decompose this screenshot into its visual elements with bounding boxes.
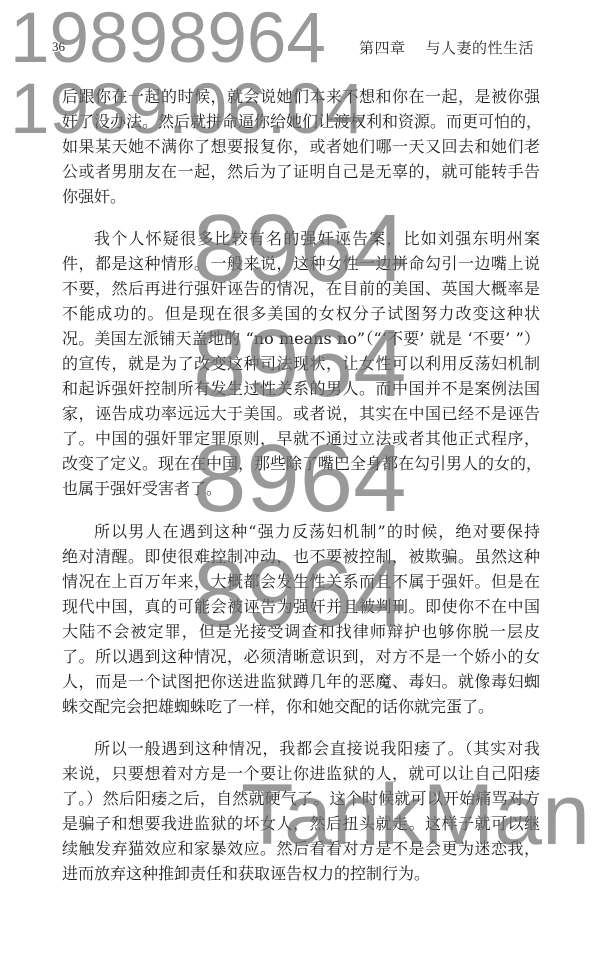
text-line: 的宣传，就是为了改变这种司法现状，让女性可以利用反荡妇机制 xyxy=(62,351,540,376)
text-line: 大陆不会被定罪，但是光接受调查和找律师辩护也够你脱一层皮 xyxy=(62,619,540,644)
text-line: 蛛交配完会把雄蜘蛛吃了一样，你和她交配的话你就完蛋了。 xyxy=(62,694,540,719)
text-line: 家，诬告成功率远远大于美国。或者说，其实在中国已经不是诬告 xyxy=(62,401,540,426)
text-line: 我个人怀疑很多比较有名的强奸诬告案，比如刘强东明州案 xyxy=(62,226,540,251)
paragraph-4: 所以一般遇到这种情况，我都会直接说我阳痿了。（其实对我 来说，只要想着对方是一个… xyxy=(62,736,540,886)
book-page: 36 第四章与人妻的性生活 后跟你在一起的时候，就会说她们本来不想和你在一起，是… xyxy=(0,0,600,960)
text-line: 是骗子和想要我进监狱的坏女人，然后扭头就走。这样子就可以继 xyxy=(62,811,540,836)
chapter-title: 与人妻的性生活 xyxy=(426,39,535,57)
text-line: 不要，然后再进行强奸诬告的情况，在目前的美国、英国大概率是 xyxy=(62,276,540,301)
text-line: 续触发弃猫效应和家暴效应。然后看看对方是不是会更为迷恋我， xyxy=(62,836,540,861)
text-line: 了。）然后阳痿之后，自然就硬气了。这个时候就可以开始痛骂对方 xyxy=(62,786,540,811)
text-line: 所以男人在遇到这种“强力反荡妇机制”的时候，绝对要保持 xyxy=(62,519,540,544)
text-line: 所以一般遇到这种情况，我都会直接说我阳痿了。（其实对我 xyxy=(62,736,540,761)
text-line: 了。中国的强奸罪定罪原则，早就不通过立法或者其他正式程序， xyxy=(62,426,540,451)
paragraph-1: 后跟你在一起的时候，就会说她们本来不想和你在一起，是被你强 奸了没办法。然后就拼… xyxy=(62,84,540,209)
text-line: 后跟你在一起的时候，就会说她们本来不想和你在一起，是被你强 xyxy=(62,84,540,109)
text-line: 如果某天她不满你了想要报复你，或者她们哪一天又回去和她们老 xyxy=(62,134,540,159)
text-line: 况。美国左派铺天盖地的 “no means no”（“‘不要’ 就是 ‘不要’ … xyxy=(62,326,540,351)
text-line: 不能成功的。但是现在很多美国的女权分子试图努力改变这种状 xyxy=(62,301,540,326)
text-line: 奸了没办法。然后就拼命逼你给她们让渡权利和资源。而更可怕的， xyxy=(62,109,540,134)
text-line: 和起诉强奸控制所有发生过性关系的男人。而中国并不是案例法国 xyxy=(62,376,540,401)
text-line: 也属于强奸受害者了。 xyxy=(62,476,540,501)
text-line: 了。所以遇到这种情况，必须清晰意识到，对方不是一个娇小的女 xyxy=(62,644,540,669)
text-line: 改变了定义。现在在中国，那些除了嘴巴全身都在勾引男人的女的， xyxy=(62,451,540,476)
paragraph-2: 我个人怀疑很多比较有名的强奸诬告案，比如刘强东明州案 件，都是这种情形。一般来说… xyxy=(62,226,540,501)
body-text: 后跟你在一起的时候，就会说她们本来不想和你在一起，是被你强 奸了没办法。然后就拼… xyxy=(62,84,540,887)
text-line: 来说，只要想着对方是一个要让你进监狱的人，就可以让自己阳痿 xyxy=(62,761,540,786)
text-line: 人，而是一个试图把你送进监狱蹲几年的恶魔、毒妇。就像毒妇蜘 xyxy=(62,669,540,694)
chapter-label: 第四章 xyxy=(359,39,406,57)
text-line: 公或者男朋友在一起，然后为了证明自己是无辜的，就可能转手告 xyxy=(62,159,540,184)
text-line: 进而放弃这种推卸责任和获取诬告权力的控制行为。 xyxy=(62,861,540,886)
text-line: 情况在上百万年来，大概都会发生性关系而且不属于强奸。但是在 xyxy=(62,569,540,594)
text-line: 件，都是这种情形。一般来说，这种女性一边拼命勾引一边嘴上说 xyxy=(62,251,540,276)
paragraph-3: 所以男人在遇到这种“强力反荡妇机制”的时候，绝对要保持 绝对清醒。即使很难控制冲… xyxy=(62,519,540,719)
running-header: 第四章与人妻的性生活 xyxy=(359,39,534,57)
text-line: 绝对清醒。即使很难控制冲动，也不要被控制，被欺骗。虽然这种 xyxy=(62,544,540,569)
text-line: 现代中国，真的可能会被诬告为强奸并且被判刑。即使你不在中国 xyxy=(62,594,540,619)
page-number: 36 xyxy=(52,39,65,55)
text-line: 你强奸。 xyxy=(62,184,540,209)
